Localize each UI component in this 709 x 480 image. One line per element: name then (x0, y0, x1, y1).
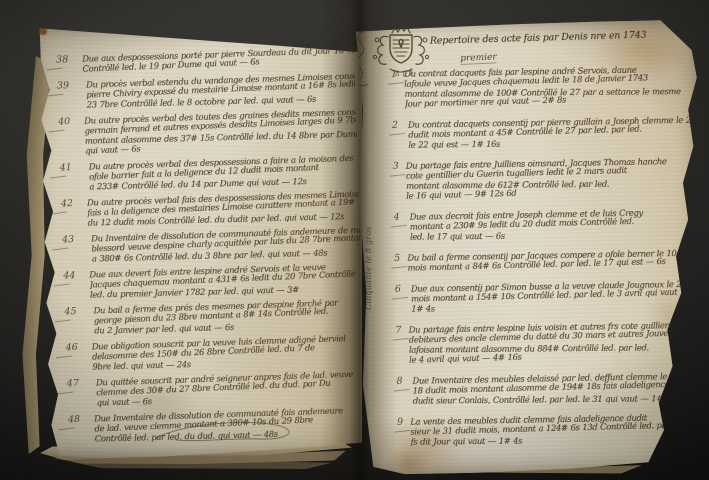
register-entry: 44Due aux devert fais entre lespine andr… (49, 262, 362, 302)
register-entry: 45Du bail a ferme des prés des mesmes pa… (50, 298, 363, 338)
register-entry: 9La vente des meubles dudit clemme fais … (390, 413, 696, 448)
register-entry: 8Due Inventaire des meubles delaissé par… (389, 372, 695, 407)
entry-lines: Du bail a ferme consentij par Jacques co… (407, 249, 693, 274)
entry-lines: Due aux devert fais entre lespine andré … (89, 262, 362, 301)
entry-number: 48 (54, 414, 94, 429)
entry-lines: Du autre procès verbal des toutes des gr… (84, 108, 357, 157)
entry-lines: Du partage fais entre lespine luis voisi… (408, 321, 695, 366)
vertical-margin-note: Cinquante le 8 gros (364, 226, 373, 310)
entry-line: le 22 qui est — 1# 16s (408, 138, 691, 151)
register-entry: 6Due aux consentij par Simon busse a la … (388, 280, 694, 315)
entry-lines: Du contrat dacquets fais par lespine and… (404, 65, 691, 110)
entry-lines: Du Inventaire de dissolution de communau… (88, 226, 361, 265)
register-entry: 40Du autre procès verbal des toutes des … (44, 108, 357, 158)
register-entry: 43Du Inventaire de dissolution de commun… (48, 226, 361, 266)
register-entry: 41Du autre procès verbal des despossessi… (46, 154, 359, 194)
register-entry: 2Du contrat dacquets consentij par pierr… (385, 116, 691, 151)
entry-lines: Du procès verbal estendu du vandange des… (83, 72, 356, 111)
register-entry: 1Du contrat dacquets fais par lespine an… (384, 65, 691, 110)
entry-number: 38 (42, 55, 82, 70)
entry-lines: Due aux despossessions porté par pierre … (82, 46, 355, 75)
left-page-entries: 38Due aux despossessions porté par pierr… (42, 46, 367, 452)
entry-number: 45 (50, 307, 90, 322)
register-entry: 3Du partage fais entre Juilliens oimsnar… (386, 157, 693, 202)
entry-number: 9 (390, 418, 410, 432)
register-entry: 46Due obligation souscrit par la veuve l… (52, 333, 365, 373)
register-entry: 42Du autre procès verbal fais des despos… (47, 190, 360, 230)
right-page: 8 1 7 Repertoire des acte fais par Denis… (356, 18, 702, 476)
left-page: 38Due aux despossessions porté par pierr… (28, 24, 362, 460)
entry-number: 42 (47, 199, 87, 214)
entry-lines: Due Inventaire des meubles delaissé par … (409, 372, 695, 407)
entry-number: 41 (46, 163, 86, 178)
entry-number: 47 (53, 378, 93, 393)
entry-number: 44 (49, 271, 89, 286)
entry-line: led. le 17 qui vaut — 6s (410, 230, 693, 243)
entry-lines: Du autre procès verbal fais des desposse… (87, 190, 360, 229)
entry-lines: Due aux decroit fais entre Joseph clemme… (406, 208, 692, 243)
entry-lines: Due aux consentij par Simon busse a la v… (408, 280, 694, 315)
entry-number: 2 (385, 121, 405, 135)
register-entry: 38Due aux despossessions porté par pierr… (42, 46, 354, 76)
rust-stain (39, 28, 47, 35)
manuscript-photo: 38Due aux despossessions porté par pierr… (0, 0, 709, 480)
register-entry: 47Du quittée souscrit par andré seigneur… (53, 369, 366, 409)
pen-flourish (152, 418, 302, 446)
entry-lines: Du partage fais entre Juilliens oimsnard… (406, 157, 693, 202)
entry-lines: Due obligation souscrit par la veuve lui… (92, 333, 365, 372)
register-entry: 4Due aux decroit fais entre Joseph clemm… (386, 208, 692, 243)
register-entry: 7Du partage fais entre lespine luis vois… (388, 321, 695, 366)
entry-number: 40 (44, 117, 84, 132)
entry-number: 7 (388, 326, 408, 340)
entry-lines: Du bail a ferme des prés des mesmes par … (90, 298, 363, 337)
entry-line: fs dit Jour qui vaut — 1# 4s (410, 435, 696, 448)
entry-lines: La vente des meubles dudit clemme fais a… (410, 413, 696, 448)
rust-stain (43, 326, 49, 332)
entry-number: 6 (388, 285, 408, 299)
entry-number: 46 (52, 343, 92, 358)
entry-number: 1 (384, 70, 404, 84)
page-heading: Repertoire des acte fais par Denis nre e… (430, 28, 687, 65)
register-entry: 5Du bail a ferme consentij par Jacques c… (387, 249, 693, 274)
entry-lines: Du quittée souscrit par andré seigneur a… (93, 369, 366, 408)
entry-line: 1# 4s (411, 302, 694, 315)
heading-subtitle: premier (460, 52, 497, 65)
entry-number: 4 (386, 213, 406, 227)
entry-number: 3 (386, 162, 406, 176)
register-entry: 39Du procès verbal estendu du vandange d… (43, 72, 356, 112)
entry-lines: Du autre procès verbal des despossession… (86, 154, 359, 193)
right-page-entries: 1Du contrat dacquets fais par lespine an… (384, 65, 697, 459)
entry-lines: Du contrat dacquets consentij par pierre… (405, 116, 691, 151)
heading-title: Repertoire des acte fais par Denis nre e… (430, 28, 686, 46)
entry-number: 43 (48, 235, 88, 250)
entry-number: 5 (387, 254, 407, 268)
entry-number: 8 (389, 377, 409, 391)
entry-line: dudit sieur Conlais, Contrôllé led. par … (413, 394, 696, 407)
